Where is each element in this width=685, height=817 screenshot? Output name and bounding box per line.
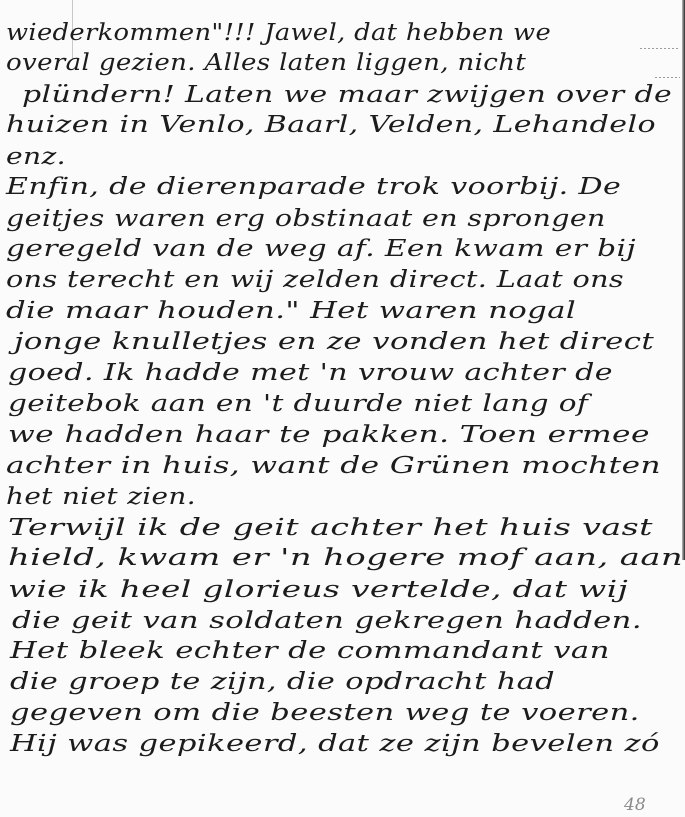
handwritten-line: plündern! Laten we maar zwijgen over de [22,80,672,110]
handwritten-line: overal gezien. Alles laten liggen, nicht [6,48,526,78]
handwritten-line: Hij was gepikeerd, dat ze zijn bevelen z… [10,729,660,759]
handwritten-line: Enfin, de dierenparade trok voorbij. De [6,172,621,202]
handwritten-line: wie ik heel glorieus vertelde, dat wij [8,575,628,605]
handwritten-line: geregeld van de weg af. Een kwam er bij [6,234,636,264]
handwritten-line: die maar houden." Het waren nogal [6,296,576,326]
handwritten-line: wiederkommen"!!! Jawel, dat hebben we [6,18,551,48]
handwritten-line: het niet zien. [6,482,196,512]
handwritten-line: achter in huis, want de Grünen mochten [6,451,661,481]
handwritten-line: we hadden haar te pakken. Toen ermee [8,420,650,450]
page-number: 48 [624,795,646,815]
handwritten-line: jonge knulletjes en ze vonden het direct [14,327,654,357]
handwritten-line: geitjes waren erg obstinaat en sprongen [6,204,606,234]
handwritten-line: hield, kwam er 'n hogere mof aan, aan [8,543,683,573]
handwritten-text: wiederkommen"!!! Jawel, dat hebben weove… [0,0,685,817]
handwritten-line: die geit van soldaten gekregen hadden. [12,606,642,636]
handwritten-line: goed. Ik hadde met 'n vrouw achter de [8,358,613,388]
handwritten-line: Het bleek echter de commandant van [10,636,610,666]
handwritten-line: gegeven om die beesten weg te voeren. [10,698,640,728]
diary-page: wiederkommen"!!! Jawel, dat hebben weove… [0,0,685,817]
handwritten-line: enz. [6,142,66,172]
handwritten-line: Terwijl ik de geit achter het huis vast [8,513,653,543]
handwritten-line: ons terecht en wij zelden direct. Laat o… [6,265,624,295]
handwritten-line: huizen in Venlo, Baarl, Velden, Lehandel… [6,110,656,140]
handwritten-line: die groep te zijn, die opdracht had [10,667,555,697]
handwritten-line: geitebok aan en 't duurde niet lang of [8,389,588,419]
